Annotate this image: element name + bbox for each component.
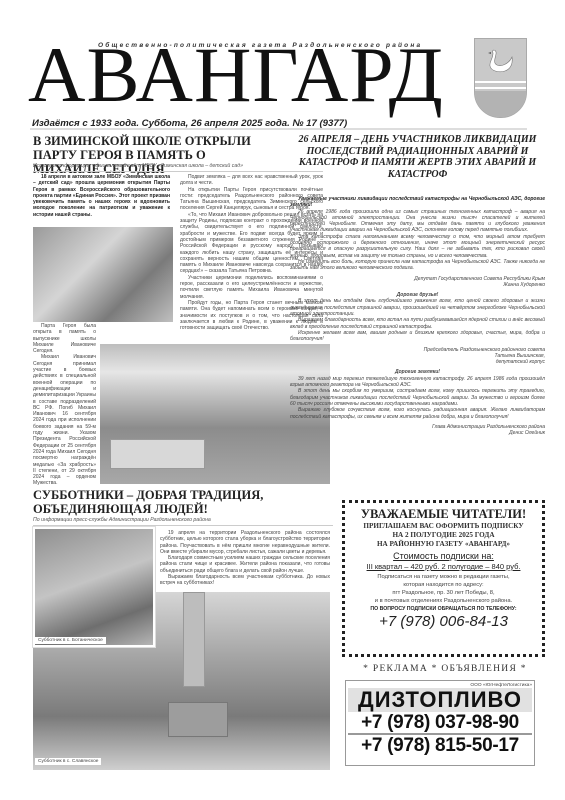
masthead: Общественно-политическая газета Раздольн…: [30, 38, 470, 128]
ads-section-header: * РЕКЛАМА * ОБЪЯВЛЕНИЯ *: [345, 664, 545, 674]
subscription-promo: УВАЖАЕМЫЕ ЧИТАТЕЛИ! ПРИГЛАШАЕМ ВАС ОФОРМ…: [342, 500, 545, 657]
newspaper-title: АВАНГАРД: [28, 36, 444, 114]
signature: Председатель Раздольненского районного с…: [290, 347, 545, 366]
masthead-rule: [30, 128, 527, 130]
article-school-source: Источник информации: официальный сайт МБ…: [33, 163, 273, 169]
group-banner: [168, 702, 228, 737]
article-school-title: В ЗИМИНСКОЙ ШКОЛЕ ОТКРЫЛИ ПАРТУ ГЕРОЯ В …: [33, 134, 273, 176]
ad-phone-2: +7 (978) 815-50-17: [348, 735, 532, 756]
article-subbotnik-title: СУББОТНИКИ – ДОБРАЯ ТРАДИЦИЯ, ОБЪЕДИНЯЮЩ…: [33, 488, 333, 516]
ad-product: ДИЗТОПЛИВО: [348, 688, 532, 712]
swan-icon: [485, 49, 519, 77]
signature: Глава Администрации Раздольненского райо…: [290, 424, 545, 437]
article-subbotnik-body: 19 апреля на территории Раздольненского …: [160, 530, 330, 587]
monument-obelisk: [183, 592, 205, 687]
photo-hero-desk-ceremony: [33, 227, 173, 322]
article-chernobyl-body: Уважаемые участники ликвидации последств…: [290, 196, 545, 440]
photo-caption: Субботник в с. Ботаническое: [35, 637, 106, 644]
subscription-phone: +7 (978) 006-84-13: [349, 613, 538, 630]
ad-phone-1: +7 (978) 037-98-90: [348, 712, 532, 735]
waves-stripe: [475, 81, 526, 89]
price-title: Стоимость подписки на:: [349, 551, 538, 561]
fuel-ad: ООО «ЮгНефтеЛогистика» ДИЗТОПЛИВО +7 (97…: [345, 680, 535, 766]
signature: Депутат Государственного Совета Республи…: [290, 276, 545, 289]
article-subbotnik-source: По информации пресс-службы Администрации…: [33, 517, 333, 523]
hero-desk: [110, 439, 205, 469]
hero-biography: Парта Героя была открыта в память о выпу…: [33, 323, 96, 487]
photo-caption: Субботник в с. Славянское: [35, 758, 101, 765]
article-chernobyl-title: 26 АПРЕЛЯ – ДЕНЬ УЧАСТНИКОВ ЛИКВИДАЦИИ П…: [290, 134, 545, 180]
prices: III квартал – 420 руб. 2 полугодие – 840…: [349, 562, 538, 571]
divider: [33, 525, 333, 526]
article-school-lead: 18 апреля в актовом зале МБОУ «Зиминская…: [33, 174, 170, 218]
divider: [33, 171, 323, 172]
photo-subbotnik-botanicheskoe: [33, 527, 155, 647]
coat-of-arms-swan-icon: [474, 38, 527, 118]
emblem-lower-field: [475, 91, 526, 118]
promo-heading: УВАЖАЕМЫЕ ЧИТАТЕЛИ!: [349, 507, 538, 522]
